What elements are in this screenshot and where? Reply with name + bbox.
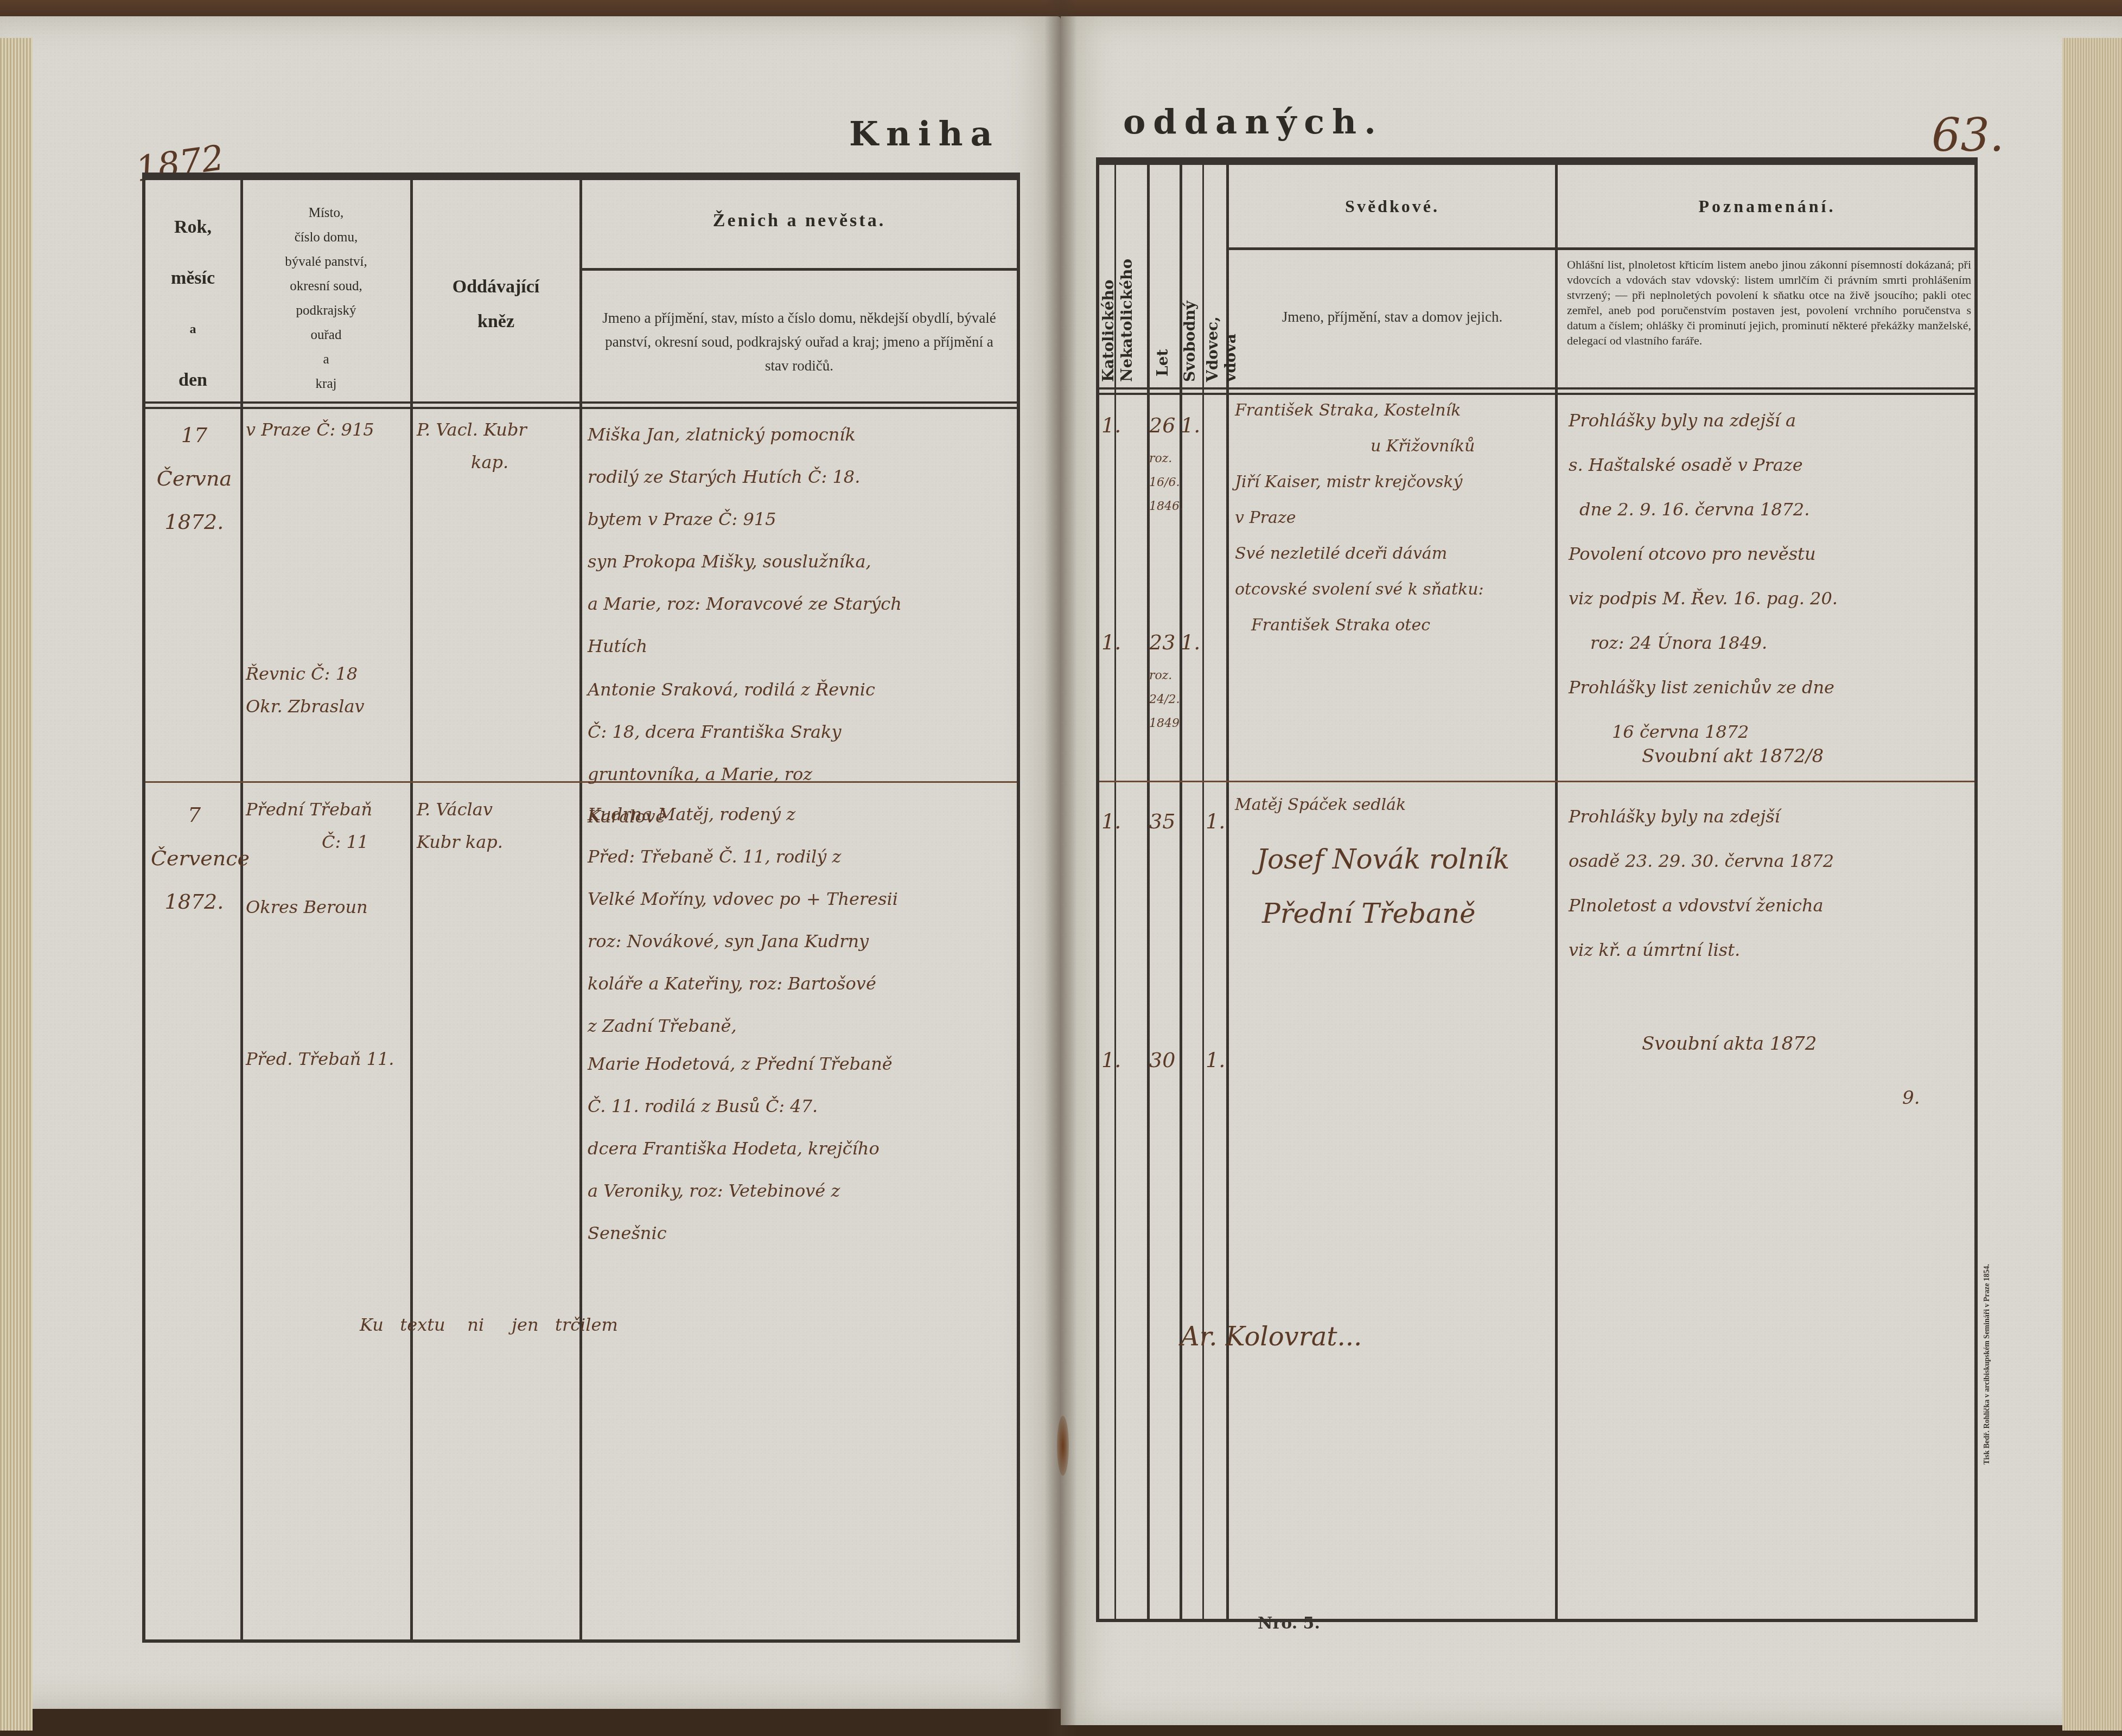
header-non-catholic: Nekatolického: [1118, 263, 1136, 382]
entry-1-groom-age: 26: [1149, 404, 1175, 447]
priest-signature: Ar. Kolovrat...: [1181, 1315, 1362, 1358]
entry-2-groom: Kudrna Matěj, rodený zPřed: Třebaně Č. 1…: [588, 793, 898, 1047]
header-divider: [579, 268, 1017, 271]
col-divider: [1147, 165, 1150, 1619]
entry-2-groom-catholic: 1.: [1101, 800, 1121, 843]
header-couple-title: Ženich a nevěsta.: [582, 210, 1016, 231]
entry-1-groom-catholic: 1.: [1101, 404, 1121, 447]
header-priest: Oddávajícíkněz: [412, 270, 579, 339]
entry-2-date: 7Července1872.: [151, 793, 238, 923]
entry-1-witnesses: František Straka, Kostelníku Křižovníků …: [1235, 393, 1484, 643]
col-divider: [1226, 165, 1229, 1619]
form-number: Nro. 5.: [1258, 1614, 1320, 1633]
col-divider: [579, 180, 582, 1639]
entry-1-bride-single: 1.: [1181, 621, 1200, 664]
entry-1-bride-place: Řevnic Č: 18Okr. Zbraslav: [246, 658, 365, 723]
entry-2-bride-age: 30: [1149, 1038, 1175, 1082]
entry-1-bride-born: roz.24/2.1849: [1149, 664, 1180, 736]
header-catholic: Katolického: [1099, 284, 1117, 382]
page-number: 63.: [1932, 108, 2004, 162]
entry-2-groom-age: 35: [1149, 800, 1175, 843]
right-register-table: Katolického Nekatolického Let Svobodný V…: [1096, 157, 1978, 1622]
entry-2-groom-widowed: 1.: [1206, 800, 1225, 843]
ink-stain: [1057, 1416, 1069, 1476]
page-title-left: Kniha: [849, 114, 1000, 154]
entry-1-groom-single: 1.: [1181, 404, 1200, 447]
entry-2-notes: Prohlášky byly na zdejšíosadě 23. 29. 30…: [1569, 794, 1834, 972]
header-notes-desc: Ohlášní list, plnoletost křticím listem …: [1567, 257, 1971, 348]
header-notes-title: Poznamenání.: [1558, 196, 1976, 216]
col-divider: [1202, 165, 1204, 1619]
entry-2-bride-catholic: 1.: [1101, 1038, 1121, 1082]
entry-2-priest: P. VáclavKubr kap.: [417, 793, 503, 858]
entry-2-notes-footer: Svoubní akta 1872: [1642, 1022, 1817, 1065]
header-date: Rok,měsíc aden: [145, 202, 240, 406]
header-divider: [1226, 247, 1974, 250]
left-register-table: Rok,měsíc aden Místo,číslo domu, bývalé …: [142, 173, 1020, 1643]
entry-1-date: 17Června1872.: [151, 413, 238, 544]
col-divider: [1180, 165, 1182, 1619]
entry-1-groom-place: v Praze Č: 915: [246, 413, 374, 446]
entry-1-bride-age: 23: [1149, 621, 1175, 664]
entry-1-notes: Prohlášky byly na zdejší as. Haštalské o…: [1569, 398, 1838, 754]
closing-note: Ku textu ni jen trčilem: [360, 1309, 902, 1341]
header-bottom-rule: [145, 401, 1017, 409]
entry-2-groom-place: Přední TřebaňČ: 11 Okres Beroun: [246, 793, 372, 923]
page-edges-left: [0, 38, 33, 1731]
book-gutter: [1044, 0, 1077, 1736]
entry-divider: [145, 781, 1017, 783]
entry-2-witness-1: Matěj Spáček sedlák: [1235, 783, 1406, 827]
col-divider: [1114, 165, 1116, 1619]
header-couple-desc: Jmeno a příjmění, stav, místo a číslo do…: [596, 306, 1003, 378]
header-witnesses-desc: Jmeno, příjmění, stav a domov jejich.: [1229, 305, 1555, 329]
header-place: Místo,číslo domu, bývalé panství,okresní…: [242, 201, 410, 396]
entry-2-bride-place: Před. Třebaň 11.: [246, 1043, 394, 1075]
page-title-right: oddaných.: [1123, 102, 1384, 142]
entry-1-notes-footer: Svoubní akt 1872/8: [1642, 735, 1824, 778]
entry-2-notes-number: 9.: [1902, 1076, 1920, 1120]
entry-1-priest: P. Vacl. Kubrkap.: [417, 413, 527, 478]
printer-imprint: Tisk Bedř. Rohlíčka v arcibiskupském Sem…: [1983, 1264, 1992, 1465]
header-single: Svobodný: [1181, 301, 1199, 382]
entry-1-groom: Miška Jan, zlatnický pomocníkrodilý ze S…: [588, 413, 902, 667]
entry-2-witness-2: Josef Novák rolníkPřední Třebaně: [1257, 832, 1509, 941]
col-divider: [240, 180, 243, 1639]
page-edges-right: [2062, 38, 2122, 1731]
entry-2-bride: Marie Hodetová, z Přední TřebaněČ. 11. r…: [588, 1043, 893, 1254]
entry-2-bride-single: 1.: [1206, 1038, 1225, 1082]
entry-1-groom-born: roz.16/6.1846.: [1149, 447, 1183, 519]
col-divider: [1555, 165, 1558, 1619]
header-bottom-rule: [1099, 387, 1974, 395]
header-age: Let: [1154, 344, 1171, 376]
entry-1-bride-catholic: 1.: [1101, 621, 1121, 664]
entry-divider: [1099, 781, 1974, 782]
header-witnesses-title: Svědkové.: [1229, 196, 1555, 216]
col-divider: [410, 180, 413, 1639]
